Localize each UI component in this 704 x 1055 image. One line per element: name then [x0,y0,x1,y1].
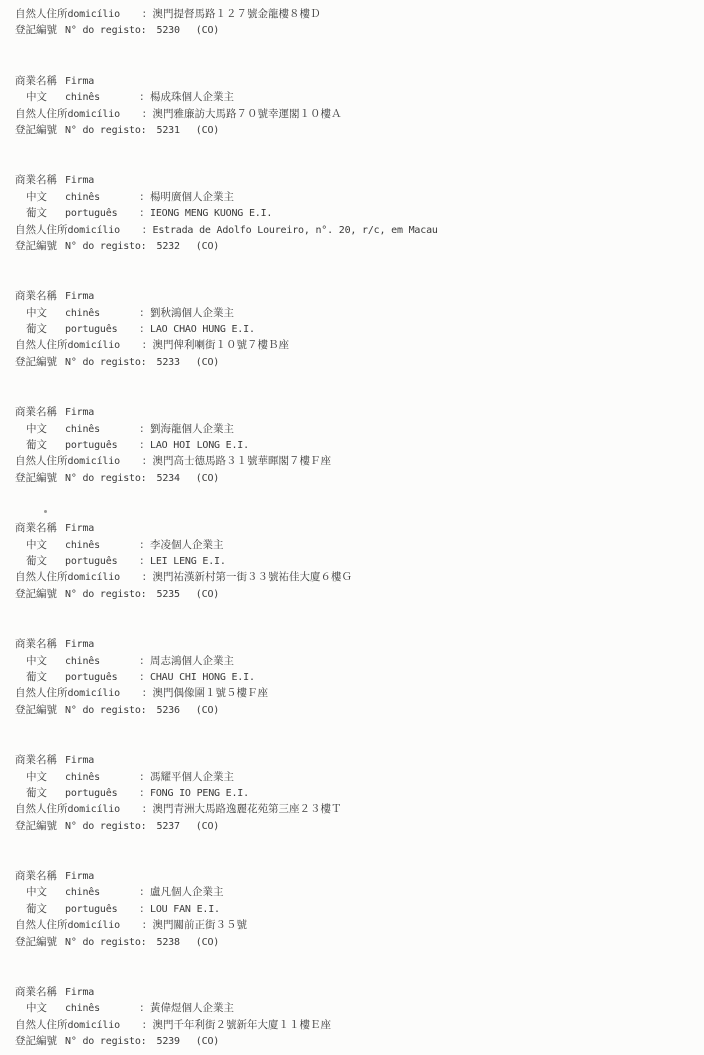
label-business-name-pt: Firma [65,74,140,90]
label-portuguese-zh: 葡文 [15,785,65,801]
label-business-name-zh: 商業名稱 [15,984,65,1000]
registry-entry: 商業名稱Firma中文chinês:盧凡個人企業主葡文português:LOU… [15,868,704,950]
colon: : [143,685,153,701]
label-chinese-zh: 中文 [15,421,65,437]
label-domicile-zh: 自然人住所 [15,106,68,122]
colon: : [140,553,150,569]
chinese-name-row: 中文chinês:馮耀平個人企業主 [15,769,704,785]
value-domicile: 澳門關前正街３５號 [153,917,248,933]
registry-entry: 商業名稱Firma中文chinês:劉海龍個人企業主葡文português:LA… [15,404,704,486]
domicile-row: 自然人住所domicílio:澳門俾利喇街１０號７樓Ｂ座 [15,337,704,353]
label-domicile-zh: 自然人住所 [15,685,68,701]
firma-header-row: 商業名稱Firma [15,984,704,1000]
firma-header-row: 商業名稱Firma [15,404,704,420]
colon: : [140,884,150,900]
colon: : [140,321,150,337]
registration-suffix: (CO) [196,23,219,39]
value-registration-number: 5230 [157,23,180,39]
label-domicile-zh: 自然人住所 [15,453,68,469]
domicile-row: 自然人住所domicílio:澳門偶像圍１號５樓Ｆ座 [15,685,704,701]
firma-header-row: 商業名稱Firma [15,636,704,652]
label-business-name-zh: 商業名稱 [15,404,65,420]
label-chinese-pt: chinês [65,538,140,554]
portuguese-name-row: 葡文português:LOU FAN E.I. [15,901,704,917]
registry-entry: 商業名稱Firma中文chinês:劉秋鴻個人企業主葡文português:LA… [15,288,704,370]
portuguese-name-row: 葡文português:CHAU CHI HONG E.I. [15,669,704,685]
chinese-name-row: 中文chinês:楊成珠個人企業主 [15,89,704,105]
label-registration-zh: 登記編號 [15,1033,65,1049]
value-domicile: 澳門青洲大馬路逸麗花苑第三座２３樓Ｔ [153,801,342,817]
colon: : [140,189,150,205]
label-chinese-pt: chinês [65,770,140,786]
registry-entry: 商業名稱Firma中文chinês:周志鴻個人企業主葡文português:CH… [15,636,704,718]
registration-suffix: (CO) [196,819,219,835]
domicile-row: 自然人住所domicílio:澳門祐漢新村第一街３３號祐佳大廈６樓Ｇ [15,569,704,585]
domicile-row: 自然人住所domicílio:Estrada de Adolfo Loureir… [15,222,704,238]
portuguese-name-row: 葡文português:IEONG MENG KUONG E.I. [15,205,704,221]
registration-row: 登記編號N° do registo:5239(CO) [15,1033,704,1049]
colon: : [143,222,153,238]
value-domicile: 澳門提督馬路１２７號金龍樓８樓Ｄ [153,6,321,22]
registration-row: 登記編號N° do registo:5233(CO) [15,354,704,370]
label-chinese-pt: chinês [65,90,140,106]
label-registration-pt: N° do registo: [65,355,147,371]
label-portuguese-zh: 葡文 [15,321,65,337]
colon: : [140,653,150,669]
label-registration-zh: 登記編號 [15,818,65,834]
label-registration-pt: N° do registo: [65,123,147,139]
label-registration-pt: N° do registo: [65,239,147,255]
firma-header-row: 商業名稱Firma [15,288,704,304]
colon: : [140,901,150,917]
value-registration-number: 5238 [157,935,180,951]
label-portuguese-zh: 葡文 [15,205,65,221]
label-chinese-pt: chinês [65,190,140,206]
label-domicile-pt: domicílio [68,454,143,470]
label-registration-pt: N° do registo: [65,471,147,487]
label-chinese-pt: chinês [65,422,140,438]
label-registration-pt: N° do registo: [65,819,147,835]
label-business-name-pt: Firma [65,521,140,537]
registry-entry: 商業名稱Firma中文chinês:楊成珠個人企業主自然人住所domicílio… [15,73,704,139]
label-domicile-pt: domicílio [68,223,143,239]
chinese-name-row: 中文chinês:黃偉煜個人企業主 [15,1000,704,1016]
colon: : [143,569,153,585]
value-portuguese-name: FONG IO PENG E.I. [150,786,249,802]
firma-header-row: 商業名稱Firma [15,73,704,89]
registration-suffix: (CO) [196,935,219,951]
registration-row: 登記編號N° do registo:5238(CO) [15,934,704,950]
chinese-name-row: 中文chinês:劉海龍個人企業主 [15,421,704,437]
domicile-row: 自然人住所domicílio:澳門青洲大馬路逸麗花苑第三座２３樓Ｔ [15,801,704,817]
label-domicile-zh: 自然人住所 [15,801,68,817]
registry-entry: 自然人住所domicílio:澳門提督馬路１２７號金龍樓８樓Ｄ登記編號N° do… [15,6,704,39]
domicile-row: 自然人住所domicílio:澳門高士德馬路３１號華暉閣７樓Ｆ座 [15,453,704,469]
colon: : [143,801,153,817]
label-business-name-zh: 商業名稱 [15,868,65,884]
value-registration-number: 5237 [157,819,180,835]
colon: : [140,305,150,321]
label-portuguese-zh: 葡文 [15,437,65,453]
label-business-name-zh: 商業名稱 [15,636,65,652]
label-chinese-zh: 中文 [15,89,65,105]
registration-row: 登記編號N° do registo:5230(CO) [15,22,704,38]
label-chinese-zh: 中文 [15,884,65,900]
label-chinese-zh: 中文 [15,769,65,785]
label-registration-pt: N° do registo: [65,703,147,719]
colon: : [143,337,153,353]
label-chinese-pt: chinês [65,1001,140,1017]
label-domicile-zh: 自然人住所 [15,6,68,22]
domicile-row: 自然人住所domicílio:澳門千年利街２號新年大廈１１樓Ｅ座 [15,1017,704,1033]
label-domicile-pt: domicílio [68,802,143,818]
chinese-name-row: 中文chinês:楊明廣個人企業主 [15,189,704,205]
value-chinese-name: 楊明廣個人企業主 [150,189,234,205]
registration-suffix: (CO) [196,471,219,487]
label-portuguese-pt: português [65,670,140,686]
portuguese-name-row: 葡文português:FONG IO PENG E.I. [15,785,704,801]
registry-entries: 自然人住所domicílio:澳門提督馬路１２７號金龍樓８樓Ｄ登記編號N° do… [15,6,704,1050]
label-chinese-pt: chinês [65,885,140,901]
registration-suffix: (CO) [196,1034,219,1050]
value-domicile: 澳門千年利街２號新年大廈１１樓Ｅ座 [153,1017,332,1033]
label-registration-zh: 登記編號 [15,702,65,718]
label-registration-zh: 登記編號 [15,122,65,138]
label-domicile-zh: 自然人住所 [15,1017,68,1033]
label-domicile-pt: domicílio [68,1018,143,1034]
label-business-name-pt: Firma [65,289,140,305]
label-portuguese-pt: português [65,786,140,802]
value-chinese-name: 馮耀平個人企業主 [150,769,234,785]
label-domicile-zh: 自然人住所 [15,917,68,933]
chinese-name-row: 中文chinês:盧凡個人企業主 [15,884,704,900]
registration-row: 登記編號N° do registo:5235(CO) [15,586,704,602]
value-registration-number: 5235 [157,587,180,603]
registry-entry: 商業名稱Firma中文chinês:李凌個人企業主葡文português:LEI… [15,520,704,602]
registry-entry: 商業名稱Firma中文chinês:馮耀平個人企業主葡文português:FO… [15,752,704,834]
colon: : [143,1017,153,1033]
registry-entry: 商業名稱Firma中文chinês:黃偉煜個人企業主自然人住所domicílio… [15,984,704,1050]
label-domicile-zh: 自然人住所 [15,337,68,353]
value-registration-number: 5234 [157,471,180,487]
value-domicile: 澳門俾利喇街１０號７樓Ｂ座 [153,337,290,353]
label-domicile-pt: domicílio [68,686,143,702]
label-business-name-pt: Firma [65,985,140,1001]
registration-suffix: (CO) [196,239,219,255]
value-domicile: Estrada de Adolfo Loureiro, n°. 20, r/c,… [153,223,438,239]
colon: : [140,89,150,105]
label-portuguese-pt: português [65,206,140,222]
registration-row: 登記編號N° do registo:5231(CO) [15,122,704,138]
colon: : [140,1000,150,1016]
chinese-name-row: 中文chinês:周志鴻個人企業主 [15,653,704,669]
label-chinese-pt: chinês [65,654,140,670]
label-domicile-zh: 自然人住所 [15,569,68,585]
colon: : [140,785,150,801]
registration-row: 登記編號N° do registo:5236(CO) [15,702,704,718]
label-business-name-zh: 商業名稱 [15,752,65,768]
colon: : [140,669,150,685]
value-chinese-name: 劉海龍個人企業主 [150,421,234,437]
value-chinese-name: 李凌個人企業主 [150,537,224,553]
value-registration-number: 5232 [157,239,180,255]
label-business-name-pt: Firma [65,405,140,421]
label-business-name-zh: 商業名稱 [15,288,65,304]
colon: : [143,106,153,122]
value-chinese-name: 黃偉煜個人企業主 [150,1000,234,1016]
registration-row: 登記編號N° do registo:5234(CO) [15,470,704,486]
firma-header-row: 商業名稱Firma [15,520,704,536]
registry-entry: 商業名稱Firma中文chinês:楊明廣個人企業主葡文português:IE… [15,172,704,254]
label-business-name-pt: Firma [65,753,140,769]
scan-artifact-dot [44,510,47,513]
label-business-name-pt: Firma [65,173,140,189]
label-registration-zh: 登記編號 [15,354,65,370]
label-chinese-zh: 中文 [15,537,65,553]
colon: : [143,453,153,469]
scanned-registry-page: 自然人住所domicílio:澳門提督馬路１２７號金龍樓８樓Ｄ登記編號N° do… [0,0,704,1055]
label-business-name-pt: Firma [65,869,140,885]
value-registration-number: 5239 [157,1034,180,1050]
value-registration-number: 5233 [157,355,180,371]
value-domicile: 澳門高士德馬路３１號華暉閣７樓Ｆ座 [153,453,332,469]
colon: : [140,421,150,437]
value-registration-number: 5236 [157,703,180,719]
portuguese-name-row: 葡文português:LAO HOI LONG E.I. [15,437,704,453]
label-domicile-pt: domicílio [68,7,143,23]
portuguese-name-row: 葡文português:LAO CHAO HUNG E.I. [15,321,704,337]
colon: : [140,769,150,785]
label-business-name-zh: 商業名稱 [15,520,65,536]
portuguese-name-row: 葡文português:LEI LENG E.I. [15,553,704,569]
value-portuguese-name: LAO HOI LONG E.I. [150,438,249,454]
value-chinese-name: 楊成珠個人企業主 [150,89,234,105]
domicile-row: 自然人住所domicílio:澳門關前正街３５號 [15,917,704,933]
label-domicile-pt: domicílio [68,918,143,934]
label-portuguese-pt: português [65,554,140,570]
value-chinese-name: 盧凡個人企業主 [150,884,224,900]
label-domicile-pt: domicílio [68,570,143,586]
value-chinese-name: 劉秋鴻個人企業主 [150,305,234,321]
registration-suffix: (CO) [196,587,219,603]
domicile-row: 自然人住所domicílio:澳門提督馬路１２７號金龍樓８樓Ｄ [15,6,704,22]
label-portuguese-zh: 葡文 [15,553,65,569]
domicile-row: 自然人住所domicílio:澳門雅廉訪大馬路７０號幸運閣１０樓Ａ [15,106,704,122]
label-domicile-zh: 自然人住所 [15,222,68,238]
label-chinese-zh: 中文 [15,653,65,669]
value-domicile: 澳門祐漢新村第一街３３號祐佳大廈６樓Ｇ [153,569,353,585]
value-chinese-name: 周志鴻個人企業主 [150,653,234,669]
value-portuguese-name: LEI LENG E.I. [150,554,226,570]
colon: : [143,917,153,933]
label-registration-pt: N° do registo: [65,935,147,951]
label-registration-pt: N° do registo: [65,23,147,39]
label-portuguese-pt: português [65,438,140,454]
value-portuguese-name: IEONG MENG KUONG E.I. [150,206,272,222]
label-registration-pt: N° do registo: [65,1034,147,1050]
label-portuguese-pt: português [65,322,140,338]
registration-suffix: (CO) [196,355,219,371]
value-domicile: 澳門偶像圍１號５樓Ｆ座 [153,685,269,701]
firma-header-row: 商業名稱Firma [15,172,704,188]
firma-header-row: 商業名稱Firma [15,868,704,884]
label-chinese-zh: 中文 [15,305,65,321]
registration-row: 登記編號N° do registo:5232(CO) [15,238,704,254]
chinese-name-row: 中文chinês:李凌個人企業主 [15,537,704,553]
firma-header-row: 商業名稱Firma [15,752,704,768]
label-business-name-pt: Firma [65,637,140,653]
registration-suffix: (CO) [196,703,219,719]
label-chinese-zh: 中文 [15,1000,65,1016]
colon: : [140,537,150,553]
label-registration-pt: N° do registo: [65,587,147,603]
value-registration-number: 5231 [157,123,180,139]
value-domicile: 澳門雅廉訪大馬路７０號幸運閣１０樓Ａ [153,106,342,122]
label-registration-zh: 登記編號 [15,470,65,486]
label-business-name-zh: 商業名稱 [15,172,65,188]
label-registration-zh: 登記編號 [15,934,65,950]
label-portuguese-zh: 葡文 [15,669,65,685]
chinese-name-row: 中文chinês:劉秋鴻個人企業主 [15,305,704,321]
colon: : [143,6,153,22]
label-portuguese-zh: 葡文 [15,901,65,917]
label-domicile-pt: domicílio [68,338,143,354]
value-portuguese-name: LOU FAN E.I. [150,902,220,918]
label-registration-zh: 登記編號 [15,586,65,602]
label-registration-zh: 登記編號 [15,238,65,254]
registration-row: 登記編號N° do registo:5237(CO) [15,818,704,834]
label-registration-zh: 登記編號 [15,22,65,38]
value-portuguese-name: CHAU CHI HONG E.I. [150,670,255,686]
label-business-name-zh: 商業名稱 [15,73,65,89]
label-chinese-pt: chinês [65,306,140,322]
value-portuguese-name: LAO CHAO HUNG E.I. [150,322,255,338]
colon: : [140,437,150,453]
registration-suffix: (CO) [196,123,219,139]
label-chinese-zh: 中文 [15,189,65,205]
label-portuguese-pt: português [65,902,140,918]
label-domicile-pt: domicílio [68,107,143,123]
colon: : [140,205,150,221]
